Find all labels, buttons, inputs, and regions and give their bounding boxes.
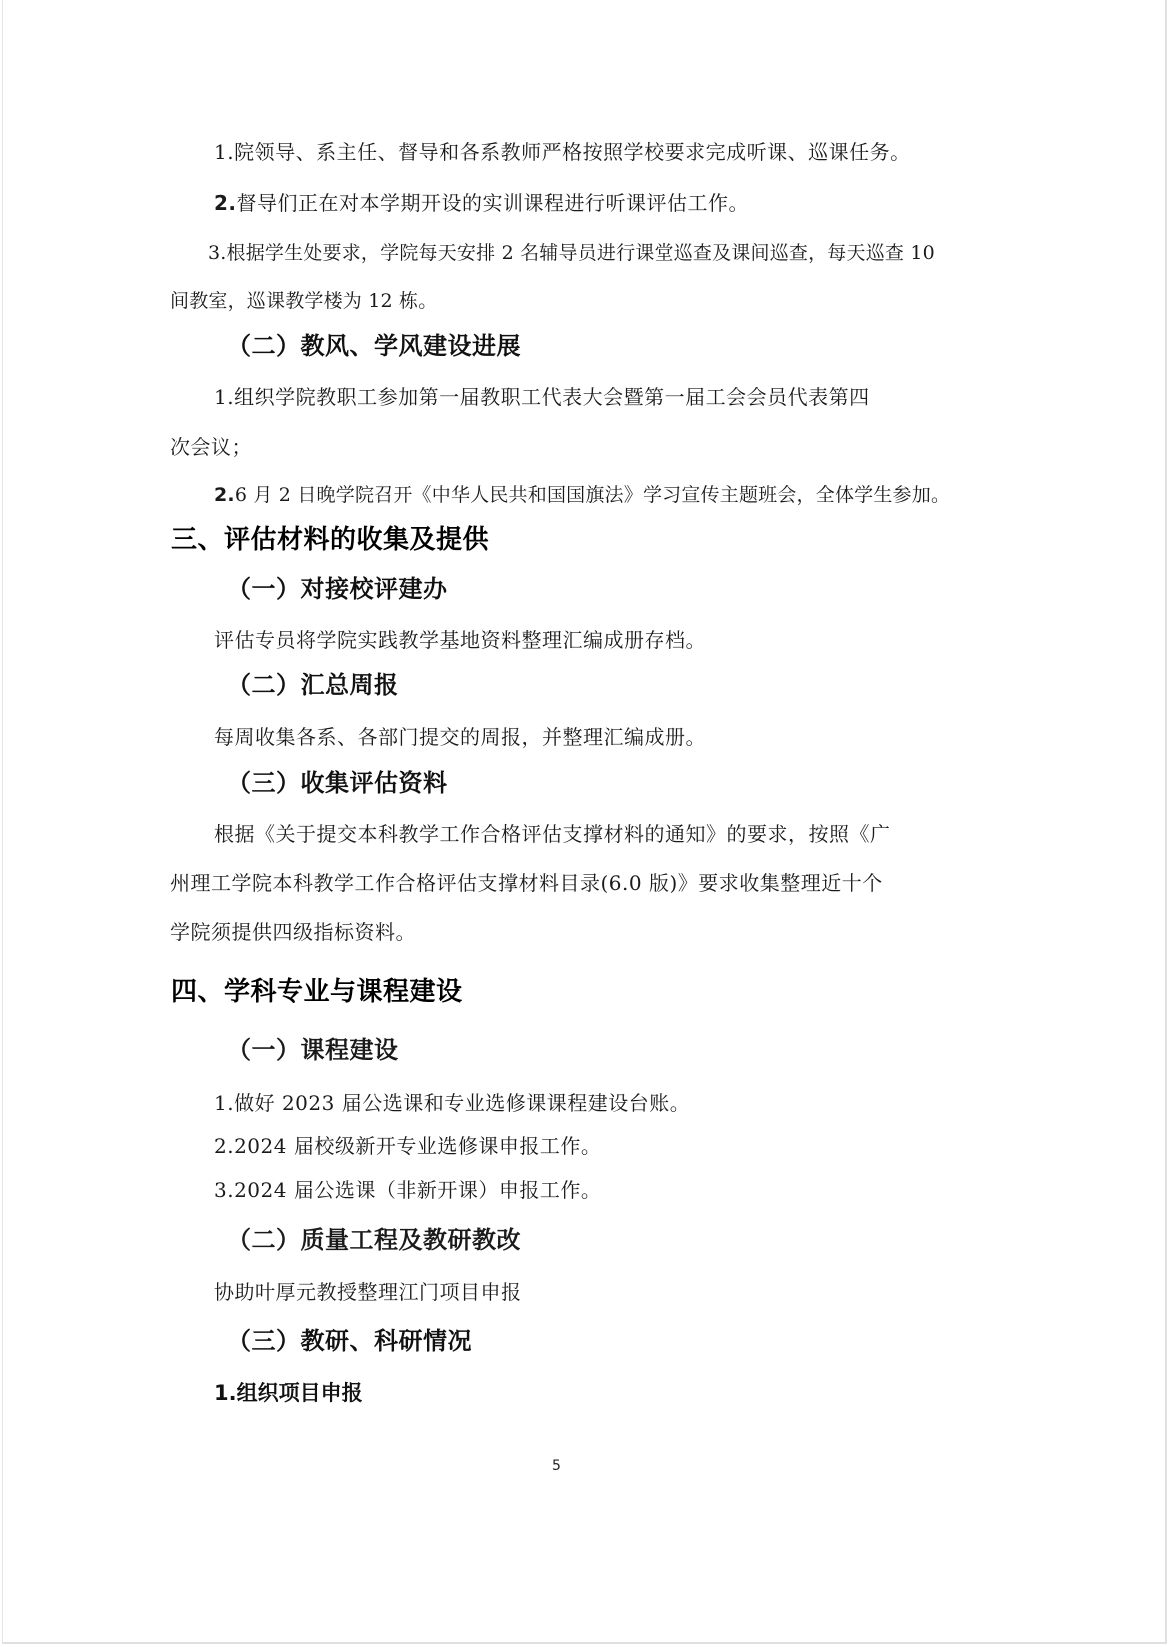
paragraph-new-elective-application: 2.2024 届校级新开专业选修课申报工作。 — [214, 1136, 601, 1156]
heading-collect-evaluation-data: （三）收集评估资料 — [227, 771, 448, 795]
heading-weekly-report: （二）汇总周报 — [227, 673, 399, 697]
paragraph-jiangmen-project: 协助叶厚元教授整理江门项目申报 — [214, 1282, 522, 1302]
heading-course-construction: （一）课程建设 — [227, 1038, 399, 1062]
paragraph-practice-base-archive: 评估专员将学院实践教学基地资料整理汇编成册存档。 — [214, 630, 706, 650]
document-page: 1.院领导、系主任、督导和各系教师严格按照学校要求完成听课、巡课任务。 2.督导… — [2, 0, 1167, 1644]
paragraph-staff-congress-line2: 次会议； — [170, 437, 252, 457]
paragraph-course-ledger: 1.做好 2023 届公选课和专业选修课课程建设台账。 — [214, 1093, 690, 1113]
paragraph-public-elective-application: 3.2024 届公选课（非新开课）申报工作。 — [214, 1180, 601, 1200]
paragraph-supervisor-evaluation: 2.督导们正在对本学期开设的实训课程进行听课评估工作。 — [214, 193, 749, 213]
paragraph-weekly-report-collection: 每周收集各系、各部门提交的周报，并整理汇编成册。 — [214, 727, 706, 747]
paragraph-inspection-tasks: 1.院领导、系主任、督导和各系教师严格按照学校要求完成听课、巡课任务。 — [214, 142, 911, 162]
page-number: 5 — [552, 1459, 561, 1473]
paragraph-evaluation-notice-line3: 学院须提供四级指标资料。 — [170, 922, 416, 942]
section-heading-evaluation-materials: 三、评估材料的收集及提供 — [171, 527, 489, 553]
section-heading-discipline-course: 四、学科专业与课程建设 — [171, 979, 463, 1005]
paragraph-counselor-patrol-line2: 间教室，巡课教学楼为 12 栋。 — [170, 292, 437, 311]
paragraph-flag-law-meeting: 2.6 月 2 日晚学院召开《中华人民共和国国旗法》学习宣传主题班会，全体学生参… — [214, 486, 950, 505]
heading-quality-engineering: （二）质量工程及教研教改 — [227, 1228, 521, 1252]
heading-project-application: 1.组织项目申报 — [214, 1383, 363, 1404]
list-number: 2. — [214, 191, 237, 215]
paragraph-text: 6 月 2 日晚学院召开《中华人民共和国国旗法》学习宣传主题班会，全体学生参加。 — [235, 484, 950, 506]
paragraph-counselor-patrol-line1: 3.根据学生处要求，学院每天安排 2 名辅导员进行课堂巡查及课间巡查，每天巡查 … — [208, 244, 935, 263]
heading-research-status: （三）教研、科研情况 — [227, 1329, 472, 1353]
list-number: 2. — [214, 484, 235, 506]
paragraph-evaluation-notice-line1: 根据《关于提交本科教学工作合格评估支撑材料的通知》的要求，按照《广 — [214, 824, 891, 844]
heading-school-evaluation-office: （一）对接校评建办 — [227, 577, 448, 601]
paragraph-staff-congress-line1: 1.组织学院教职工参加第一届教职工代表大会暨第一届工会会员代表第四 — [214, 387, 870, 407]
paragraph-evaluation-notice-line2: 州理工学院本科教学工作合格评估支撑材料目录(6.0 版)》要求收集整理近十个 — [170, 873, 883, 893]
paragraph-text: 督导们正在对本学期开设的实训课程进行听课评估工作。 — [237, 191, 750, 215]
heading-teaching-style: （二）教风、学风建设进展 — [227, 334, 521, 358]
